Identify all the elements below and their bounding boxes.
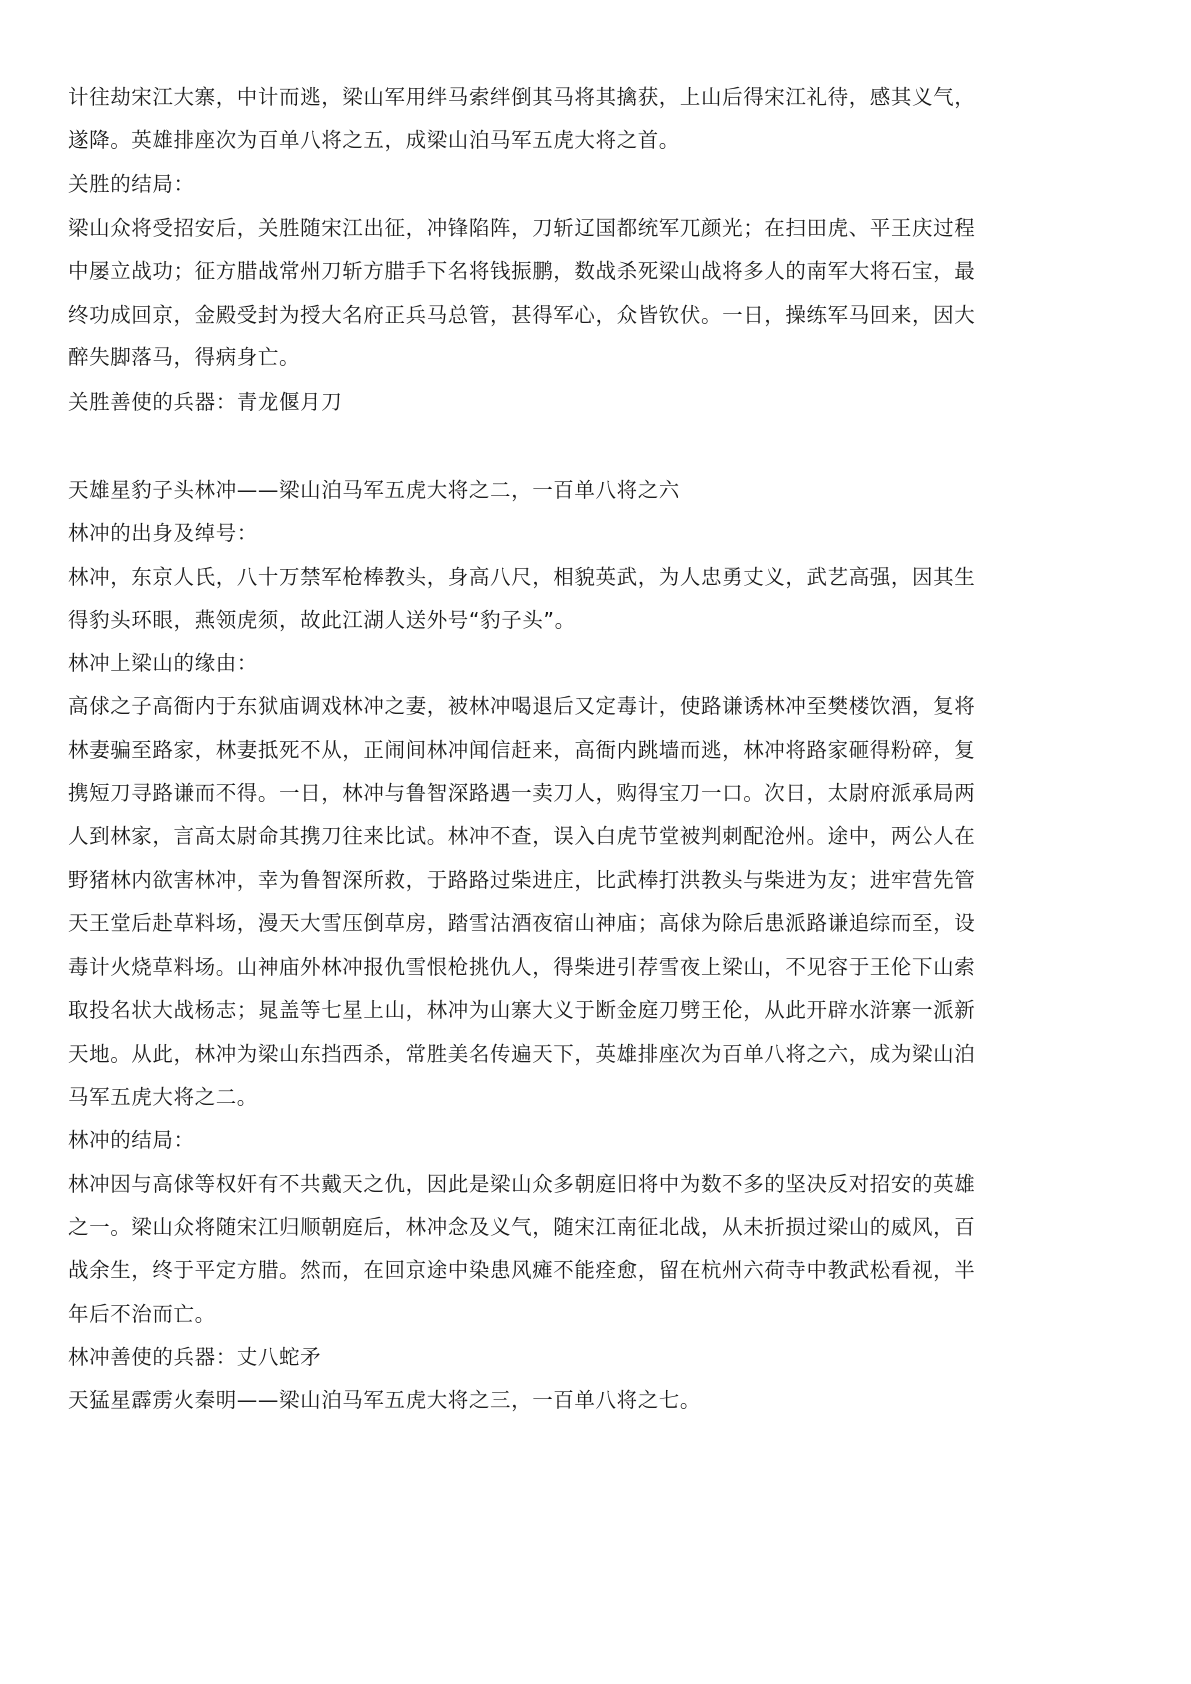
paragraph-line: 人到林家，言高太尉命其携刀往来比试。林冲不查，误入白虎节堂被判刺配沧州。途中，两… — [68, 822, 975, 850]
qinming-title: 天猛星霹雳火秦明——梁山泊马军五虎大将之三，一百单八将之七。 — [68, 1386, 701, 1414]
paragraph-line: 马军五虎大将之二。 — [68, 1083, 258, 1111]
linchong-title: 天雄星豹子头林冲——梁山泊马军五虎大将之二，一百单八将之六 — [68, 476, 680, 504]
paragraph-line: 林冲，东京人氏，八十万禁军枪棒教头，身高八尺，相貌英武，为人忠勇丈义，武艺高强，… — [68, 563, 975, 591]
paragraph-line: 高俅之子高衙内于东狱庙调戏林冲之妻，被林冲喝退后又定毒计，使路谦诱林冲至樊楼饮酒… — [68, 692, 975, 720]
section-heading-linchong-ending: 林冲的结局： — [68, 1126, 195, 1154]
paragraph-line: 年后不治而亡。 — [68, 1300, 216, 1328]
paragraph-line: 中屡立战功；征方腊战常州刀斩方腊手下名将钱振鹏，数战杀死梁山战将多人的南军大将石… — [68, 257, 975, 285]
paragraph-line: 林妻骗至路家，林妻抵死不从，正闹间林冲闻信赶来，高衙内跳墙而逃，林冲将路家砸得粉… — [68, 736, 975, 764]
paragraph-line: 携短刀寻路谦而不得。一日，林冲与鲁智深路遇一卖刀人，购得宝刀一口。次日，太尉府派… — [68, 779, 975, 807]
paragraph-line: 之一。梁山众将随宋江归顺朝庭后，林冲念及义气，随宋江南征北战，从未折损过梁山的威… — [68, 1213, 975, 1241]
paragraph-line: 林冲因与高俅等权奸有不共戴天之仇，因此是梁山众多朝庭旧将中为数不多的坚决反对招安… — [68, 1170, 975, 1198]
paragraph-line: 野猪林内欲害林冲，幸为鲁智深所救，于路路过柴进庄，比武棒打洪教头与柴进为友；进牢… — [68, 866, 975, 894]
paragraph-line: 醉失脚落马，得病身亡。 — [68, 343, 300, 371]
section-heading-guansheng-ending: 关胜的结局： — [68, 170, 195, 198]
paragraph-line: 取投名状大战杨志；晁盖等七星上山，林冲为山寨大义于断金庭刀劈王伦，从此开辟水浒寨… — [68, 996, 975, 1024]
section-heading-linchong-origin: 林冲的出身及绰号： — [68, 519, 258, 547]
paragraph-line: 毒计火烧草料场。山神庙外林冲报仇雪恨枪挑仇人，得柴进引荐雪夜上梁山，不见容于王伦… — [68, 953, 975, 981]
paragraph-line: 战余生，终于平定方腊。然而，在回京途中染患风瘫不能痊愈，留在杭州六荷寺中教武松看… — [68, 1256, 975, 1284]
guansheng-weapon-line: 关胜善使的兵器：青龙偃月刀 — [68, 388, 342, 416]
section-heading-linchong-reason: 林冲上梁山的缘由： — [68, 649, 258, 677]
paragraph-line: 得豹头环眼，燕领虎须，故此江湖人送外号“豹子头”。 — [68, 606, 576, 634]
paragraph-line: 天王堂后赴草料场，漫天大雪压倒草房，踏雪沽酒夜宿山神庙；高俅为除后患派路谦追综而… — [68, 909, 975, 937]
paragraph-line: 终功成回京，金殿受封为授大名府正兵马总管，甚得军心，众皆钦伏。一日，操练军马回来… — [68, 301, 975, 329]
paragraph-line: 计往劫宋江大寨，中计而逃，梁山军用绊马索绊倒其马将其擒获，上山后得宋江礼待，感其… — [68, 83, 975, 111]
paragraph-line: 遂降。英雄排座次为百单八将之五，成梁山泊马军五虎大将之首。 — [68, 126, 680, 154]
linchong-weapon-line: 林冲善使的兵器：丈八蛇矛 — [68, 1343, 321, 1371]
paragraph-line: 梁山众将受招安后，关胜随宋江出征，冲锋陷阵，刀斩辽国都统军兀颜光；在扫田虎、平王… — [68, 214, 975, 242]
paragraph-line: 天地。从此，林冲为梁山东挡西杀，常胜美名传遍天下，英雄排座次为百单八将之六，成为… — [68, 1040, 975, 1068]
